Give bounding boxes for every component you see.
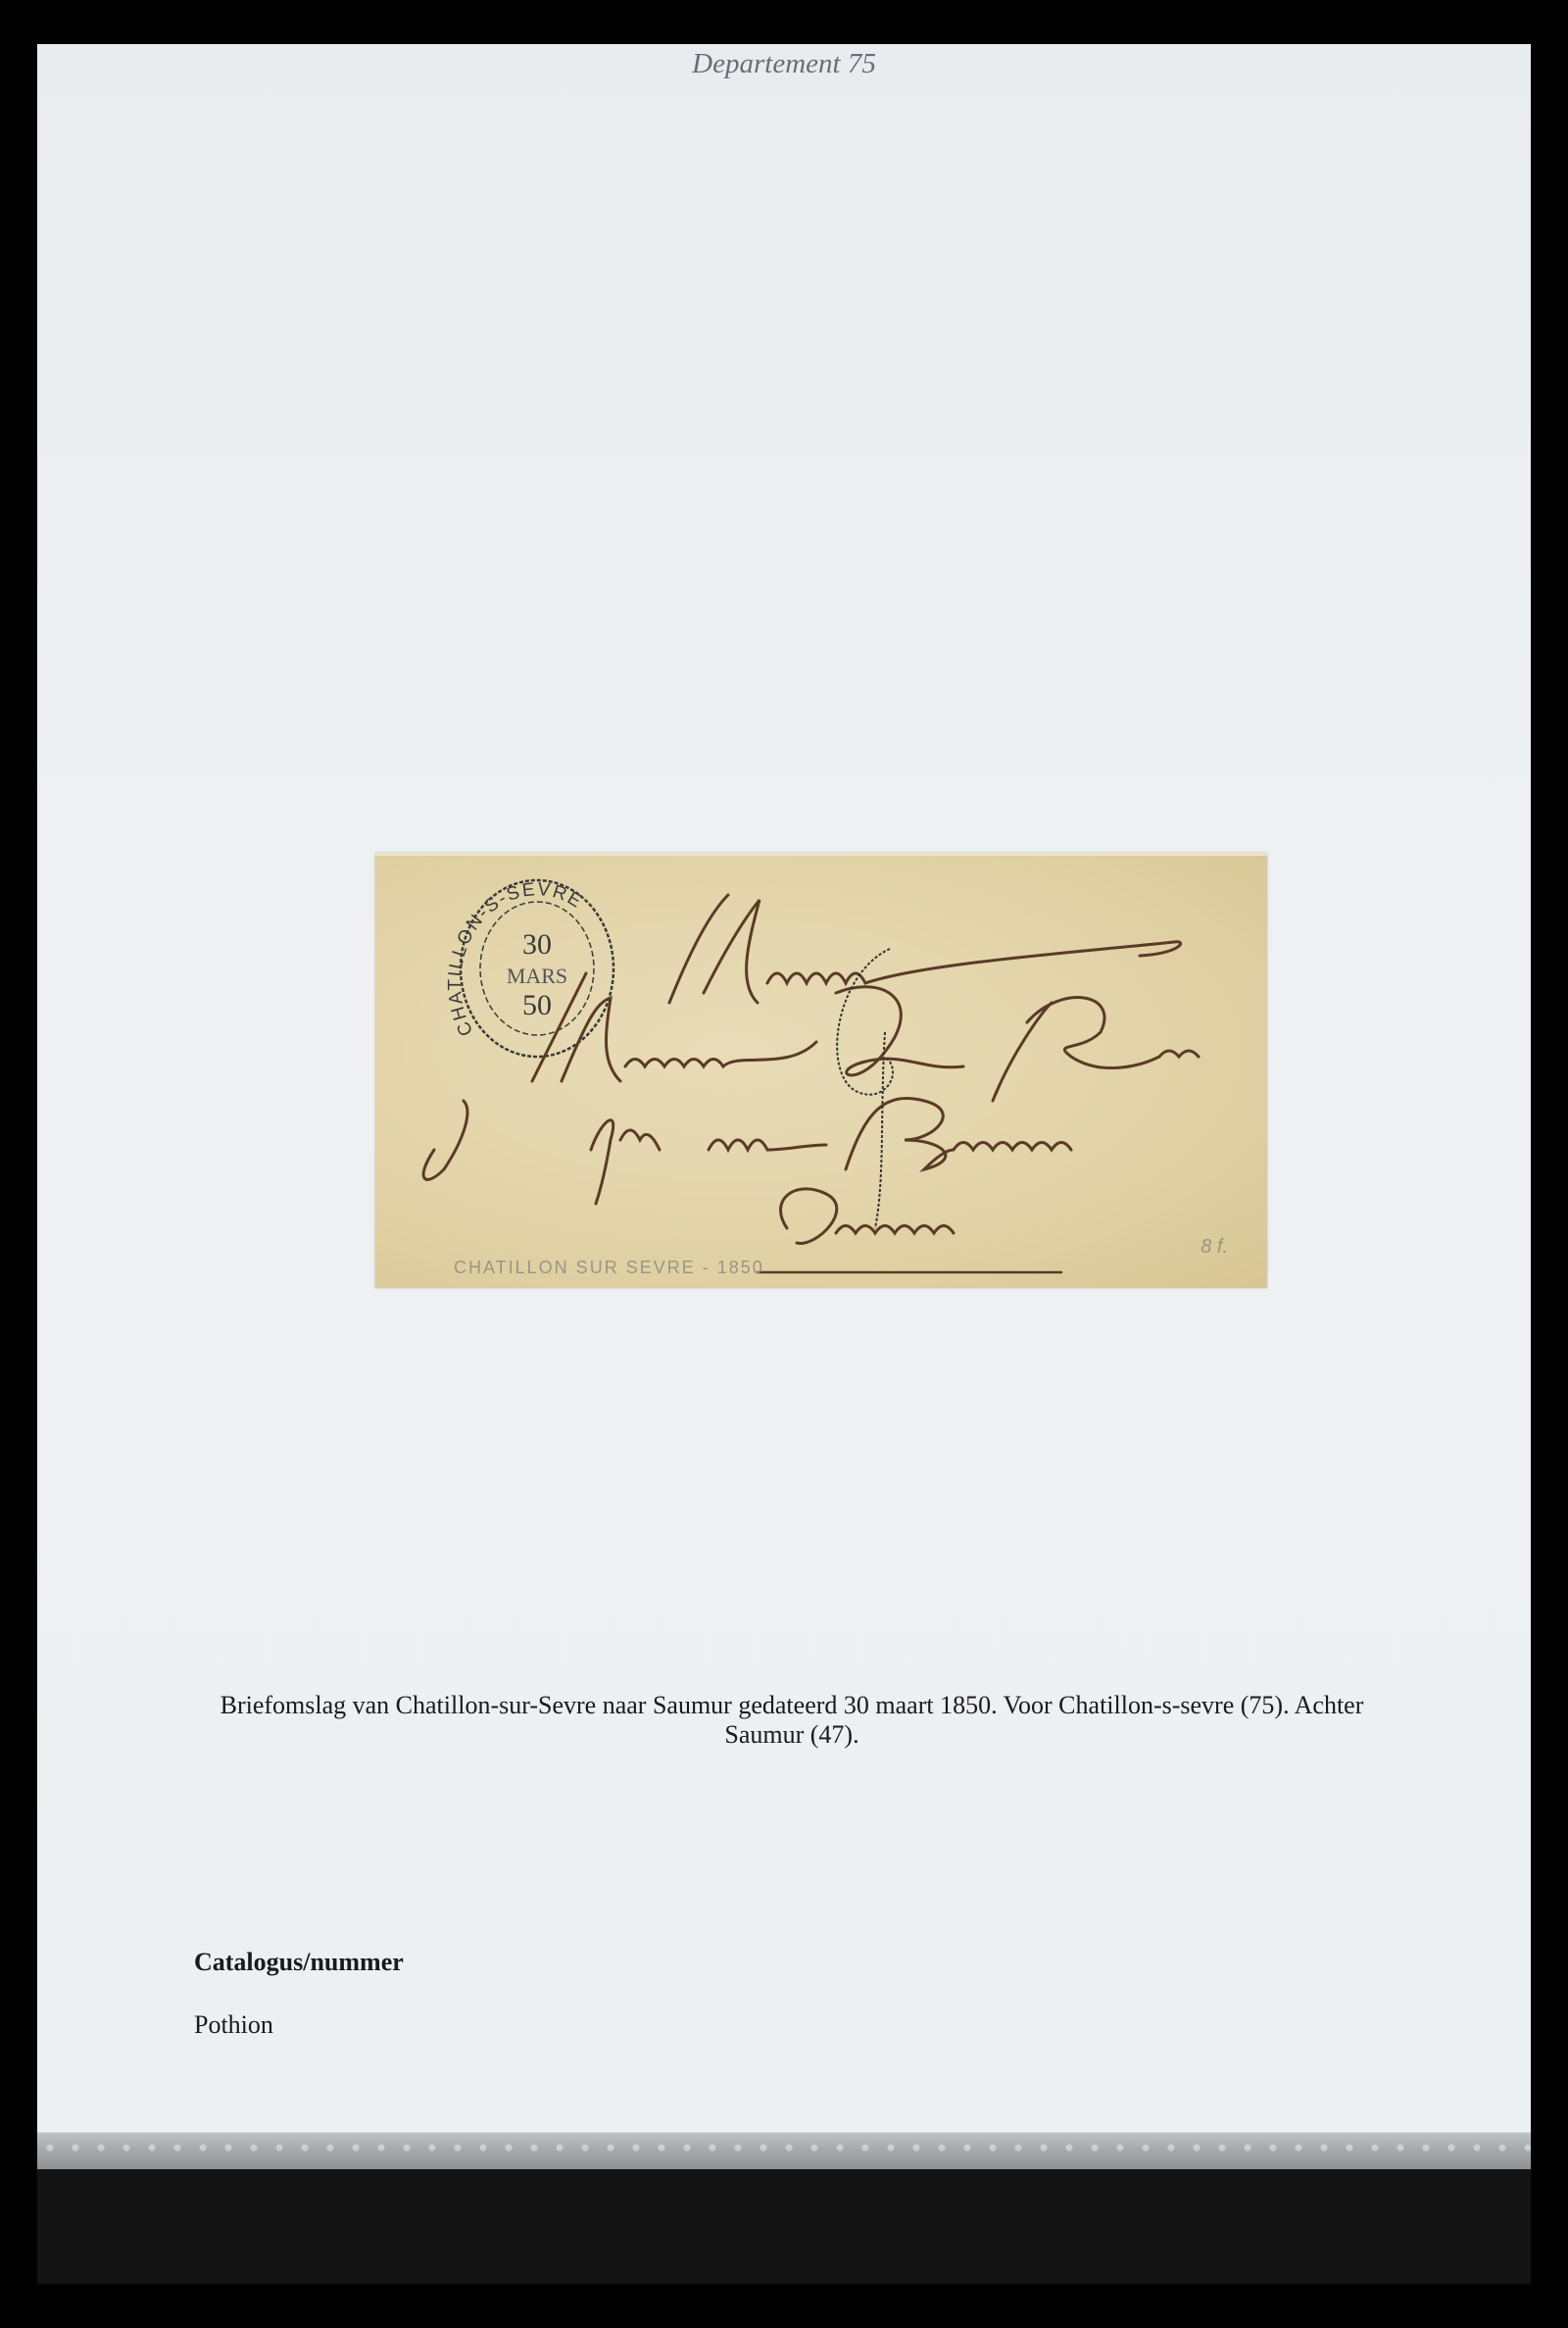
caption-line-1: Briefomslag van Chatillon-sur-Sevre naar… — [184, 1691, 1399, 1720]
album-strip — [37, 2132, 1531, 2170]
svg-text:50: 50 — [522, 989, 552, 1021]
pencil-mark: 8 f. — [1200, 1236, 1228, 1259]
album-page: Departement 75 30 MARS 50 CHATILLON-S-SE… — [37, 44, 1531, 2132]
caption: Briefomslag van Chatillon-sur-Sevre naar… — [184, 1691, 1399, 1750]
svg-text:MARS: MARS — [507, 964, 567, 988]
envelope-handwriting: 30 MARS 50 CHATILLON-S-SEVRE — [375, 856, 1267, 1288]
pencil-note: CHATILLON SUR SEVRE - 1850 — [454, 1258, 764, 1278]
background-felt — [37, 2169, 1531, 2284]
svg-text:30: 30 — [522, 928, 552, 961]
caption-line-2: Saumur (47). — [184, 1720, 1399, 1750]
page-header: Departement 75 — [37, 44, 1531, 83]
strip-perforations — [37, 2141, 1531, 2155]
catalog-label: Catalogus/nummer — [194, 1948, 404, 1977]
catalog-value: Pothion — [194, 2010, 273, 2040]
envelope-image: 30 MARS 50 CHATILLON-S-SEVRE — [375, 853, 1267, 1288]
